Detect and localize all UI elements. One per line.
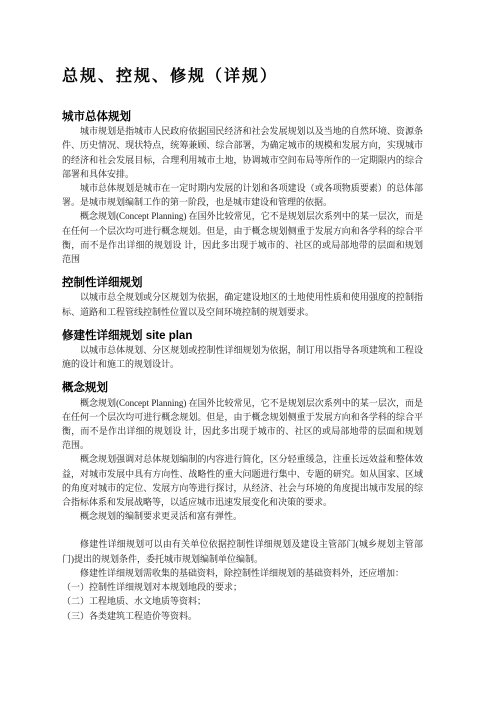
list-item-requirement-1: （一）控制性详细规划对本规划地段的要求； bbox=[62, 580, 423, 594]
paragraph-concept-plan-definition: 概念规划(Concept Planning) 在国外比较常见，它不是规划层次系列… bbox=[62, 396, 423, 453]
paragraph-base-materials-intro: 修建性详细规划需收集的基础资料，除控制性详细规划的基础资料外，还应增加： bbox=[62, 566, 423, 580]
paragraph-concept-plan-emphasis: 概念规划强调对总体规划编制的内容进行简化，区分轻重缓急，注重长远效益和整体效益，… bbox=[62, 452, 423, 509]
paragraph-concept-plan-flexibility: 概念规划的编制要求更灵活和富有弹性。 bbox=[62, 509, 423, 523]
section-regulatory-detailed-plan: 控制性详细规划 以城市总全规划或分区规划为依据，确定建设地区的土地使用性质和使用… bbox=[62, 276, 423, 319]
heading-city-master-plan: 城市总体规划 bbox=[62, 110, 423, 124]
base-materials-list: （一）控制性详细规划对本规划地段的要求； （二）工程地质、水文地质等资料； （三… bbox=[62, 580, 423, 623]
document-page: 总规、控规、修规（详规） 城市总体规划 城市规划是指城市人民政府依据国民经济和社… bbox=[0, 0, 496, 702]
heading-concept-plan: 概念规划 bbox=[62, 381, 423, 395]
section-appendix: 修建性详细规划可以由有关单位依据控制性详细规划及建设主管部门(城乡规划主管部门)… bbox=[62, 537, 423, 622]
paragraph-site-plan-commission: 修建性详细规划可以由有关单位依据控制性详细规划及建设主管部门(城乡规划主管部门)… bbox=[62, 537, 423, 565]
heading-constructive-detailed-plan: 修建性详细规划 site plan bbox=[62, 329, 423, 343]
section-concept-plan: 概念规划 概念规划(Concept Planning) 在国外比较常见，它不是规… bbox=[62, 381, 423, 523]
paragraph-master-plan-role: 城市总体规划是城市在一定时期内发展的计划和各项建设（或各项物质要素）的总体部署。… bbox=[62, 181, 423, 209]
paragraph-concept-planning-intro: 概念规划(Concept Planning) 在国外比较常见，它不是规划层次系列… bbox=[62, 209, 423, 266]
paragraph-site-plan-definition: 以城市总体规划、分区规划或控制性详细规划为依据，制订用以指导各项建筑和工程设施的… bbox=[62, 343, 423, 371]
document-content: 总规、控规、修规（详规） 城市总体规划 城市规划是指城市人民政府依据国民经济和社… bbox=[62, 67, 423, 623]
list-item-requirement-2: （二）工程地质、水文地质等资料； bbox=[62, 594, 423, 608]
document-title: 总规、控规、修规（详规） bbox=[62, 67, 423, 86]
list-item-requirement-3: （三）各类建筑工程造价等资料。 bbox=[62, 609, 423, 623]
section-city-master-plan: 城市总体规划 城市规划是指城市人民政府依据国民经济和社会发展规划以及当地的自然环… bbox=[62, 110, 423, 266]
section-constructive-detailed-plan: 修建性详细规划 site plan 以城市总体规划、分区规划或控制性详细规划为依… bbox=[62, 329, 423, 372]
heading-regulatory-detailed-plan: 控制性详细规划 bbox=[62, 276, 423, 290]
paragraph-city-plan-definition: 城市规划是指城市人民政府依据国民经济和社会发展规划以及当地的自然环境、资源条件、… bbox=[62, 124, 423, 181]
paragraph-regulatory-plan-definition: 以城市总全规划或分区规划为依据，确定建设地区的土地使用性质和使用强度的控制指标、… bbox=[62, 290, 423, 318]
